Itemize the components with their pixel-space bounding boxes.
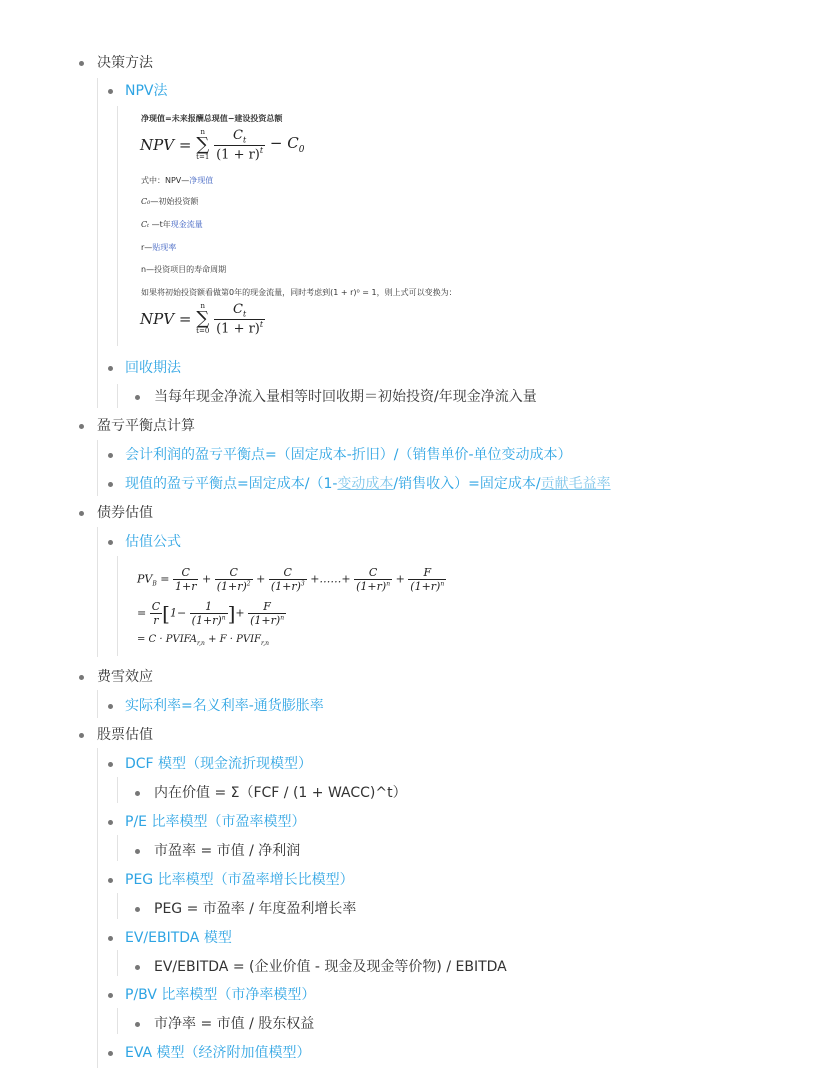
guide-line [97,527,98,657]
guide-line [117,106,118,346]
pe-formula[interactable]: 市盈率 = 市值 / 净利润 [154,841,300,861]
bullet-icon [108,89,113,94]
link-contribution-margin[interactable]: 贡献毛益率 [541,476,611,492]
bullet-icon [108,704,113,709]
link-discount-rate[interactable]: 贴现率 [152,243,176,252]
bullet-icon [108,482,113,487]
bullet-icon [108,540,113,545]
bullet-icon [135,395,140,400]
guide-line [117,384,118,408]
def-n: n—投资项目的寿命周期 [141,265,226,275]
bullet-icon [135,965,140,970]
model-pbv[interactable]: P/BV 比率模型（市净率模型） [125,985,315,1005]
guide-line [97,440,98,496]
pv-breakeven-text: 现值的盈亏平衡点=固定成本/（1- [125,476,337,492]
pbv-formula[interactable]: 市净率 = 市值 / 股东权益 [154,1014,314,1034]
peg-formula[interactable]: PEG = 市盈率 / 年度盈利增长率 [154,899,356,919]
section-title[interactable]: 债券估值 [97,503,153,523]
bullet-icon [108,936,113,941]
model-eva[interactable]: EVA 模型（经济附加值模型） [125,1043,311,1063]
bullet-icon [108,820,113,825]
def-npv: 式中：NPV—净现值 [141,176,213,186]
bullet-icon [108,453,113,458]
payback-formula[interactable]: 当每年现金净流入量相等时回收期＝初始投资/年现金净流入量 [154,387,537,407]
guide-line [117,835,118,861]
section-title[interactable]: 股票估值 [97,725,153,745]
model-pe[interactable]: P/E 比率模型（市盈率模型） [125,812,305,832]
guide-line [117,556,118,656]
guide-line [117,893,118,919]
bullet-icon [108,366,113,371]
bullet-icon [79,675,84,680]
guide-line [117,950,118,976]
section-title[interactable]: 盈亏平衡点计算 [97,416,195,436]
link-net-present-value[interactable]: 净现值 [189,176,213,185]
dcf-formula[interactable]: 内在价值 = Σ（FCF / (1 + WACC)^t） [154,783,407,803]
model-peg[interactable]: PEG 比率模型（市盈率增长比模型） [125,870,354,890]
model-ev-ebitda[interactable]: EV/EBITDA 模型 [125,928,232,948]
npv-note: 如果将初始投资额看做第0年的现金流量，同时考虑到(1 + r)⁰ = 1，则上式… [141,288,457,298]
npv-formula-2: NPV = n∑t=0 Ct(1 + r)t [140,302,265,336]
bullet-icon [79,733,84,738]
pv-breakeven[interactable]: 现值的盈亏平衡点=固定成本/（1-变动成本/销售收入）=固定成本/贡献毛益率 [125,474,611,494]
fraction: Ct(1 + r)t [214,128,265,162]
bullet-icon [79,61,84,66]
bullet-icon [135,1022,140,1027]
formula-lhs: NPV = [140,136,191,154]
npv-formula-1: NPV = n∑t=1 Ct(1 + r)t − C0 [140,128,304,162]
fisher-formula[interactable]: 实际利率=名义利率-通货膨胀率 [125,696,324,716]
accounting-breakeven[interactable]: 会计利润的盈亏平衡点=（固定成本-折旧）/（销售单价-单位变动成本） [125,445,572,465]
sigma-icon: n∑t=1 [196,129,209,161]
bullet-icon [108,993,113,998]
link-variable-cost[interactable]: 变动成本 [337,476,393,492]
section-title[interactable]: 决策方法 [97,53,153,73]
model-dcf[interactable]: DCF 模型（现金流折现模型） [125,754,312,774]
bond-formula-line3: = C · PVIFAr,n + F · PVIFr,n [137,634,269,647]
topic-valuation-formula[interactable]: 估值公式 [125,532,181,552]
pv-breakeven-text: /销售收入）=固定成本/ [393,476,540,492]
bullet-icon [108,1051,113,1056]
def-ct: Cₜ —t年现金流量 [141,220,203,230]
bullet-icon [79,511,84,516]
guide-line [117,777,118,803]
bullet-icon [79,424,84,429]
ev-ebitda-formula[interactable]: EV/EBITDA = (企业价值 - 现金及现金等价物) / EBITDA [154,957,507,977]
bond-formula-line1: PVB = C1+r + C(1+r)2 + C(1+r)3 +……+ C(1+… [137,566,446,593]
bullet-icon [108,878,113,883]
sigma-icon: n∑t=0 [196,303,209,335]
bullet-icon [108,762,113,767]
bond-formula-line2: = Cr[1− 1(1+r)n]+ F(1+r)n [137,600,286,627]
bullet-icon [135,849,140,854]
section-title[interactable]: 费雪效应 [97,667,153,687]
guide-line [97,690,98,718]
def-r: r—贴现率 [141,243,176,253]
guide-line [117,1008,118,1034]
link-cash-flow[interactable]: 现金流量 [171,220,203,229]
def-c0: C₀—初始投资额 [141,197,198,207]
topic-npv[interactable]: NPV法 [125,81,168,101]
npv-heading: 净现值=未来报酬总现值−建设投资总额 [141,114,282,124]
guide-line [97,748,98,1068]
guide-line [97,78,98,408]
bullet-icon [135,791,140,796]
topic-payback[interactable]: 回收期法 [125,358,181,378]
bullet-icon [135,907,140,912]
